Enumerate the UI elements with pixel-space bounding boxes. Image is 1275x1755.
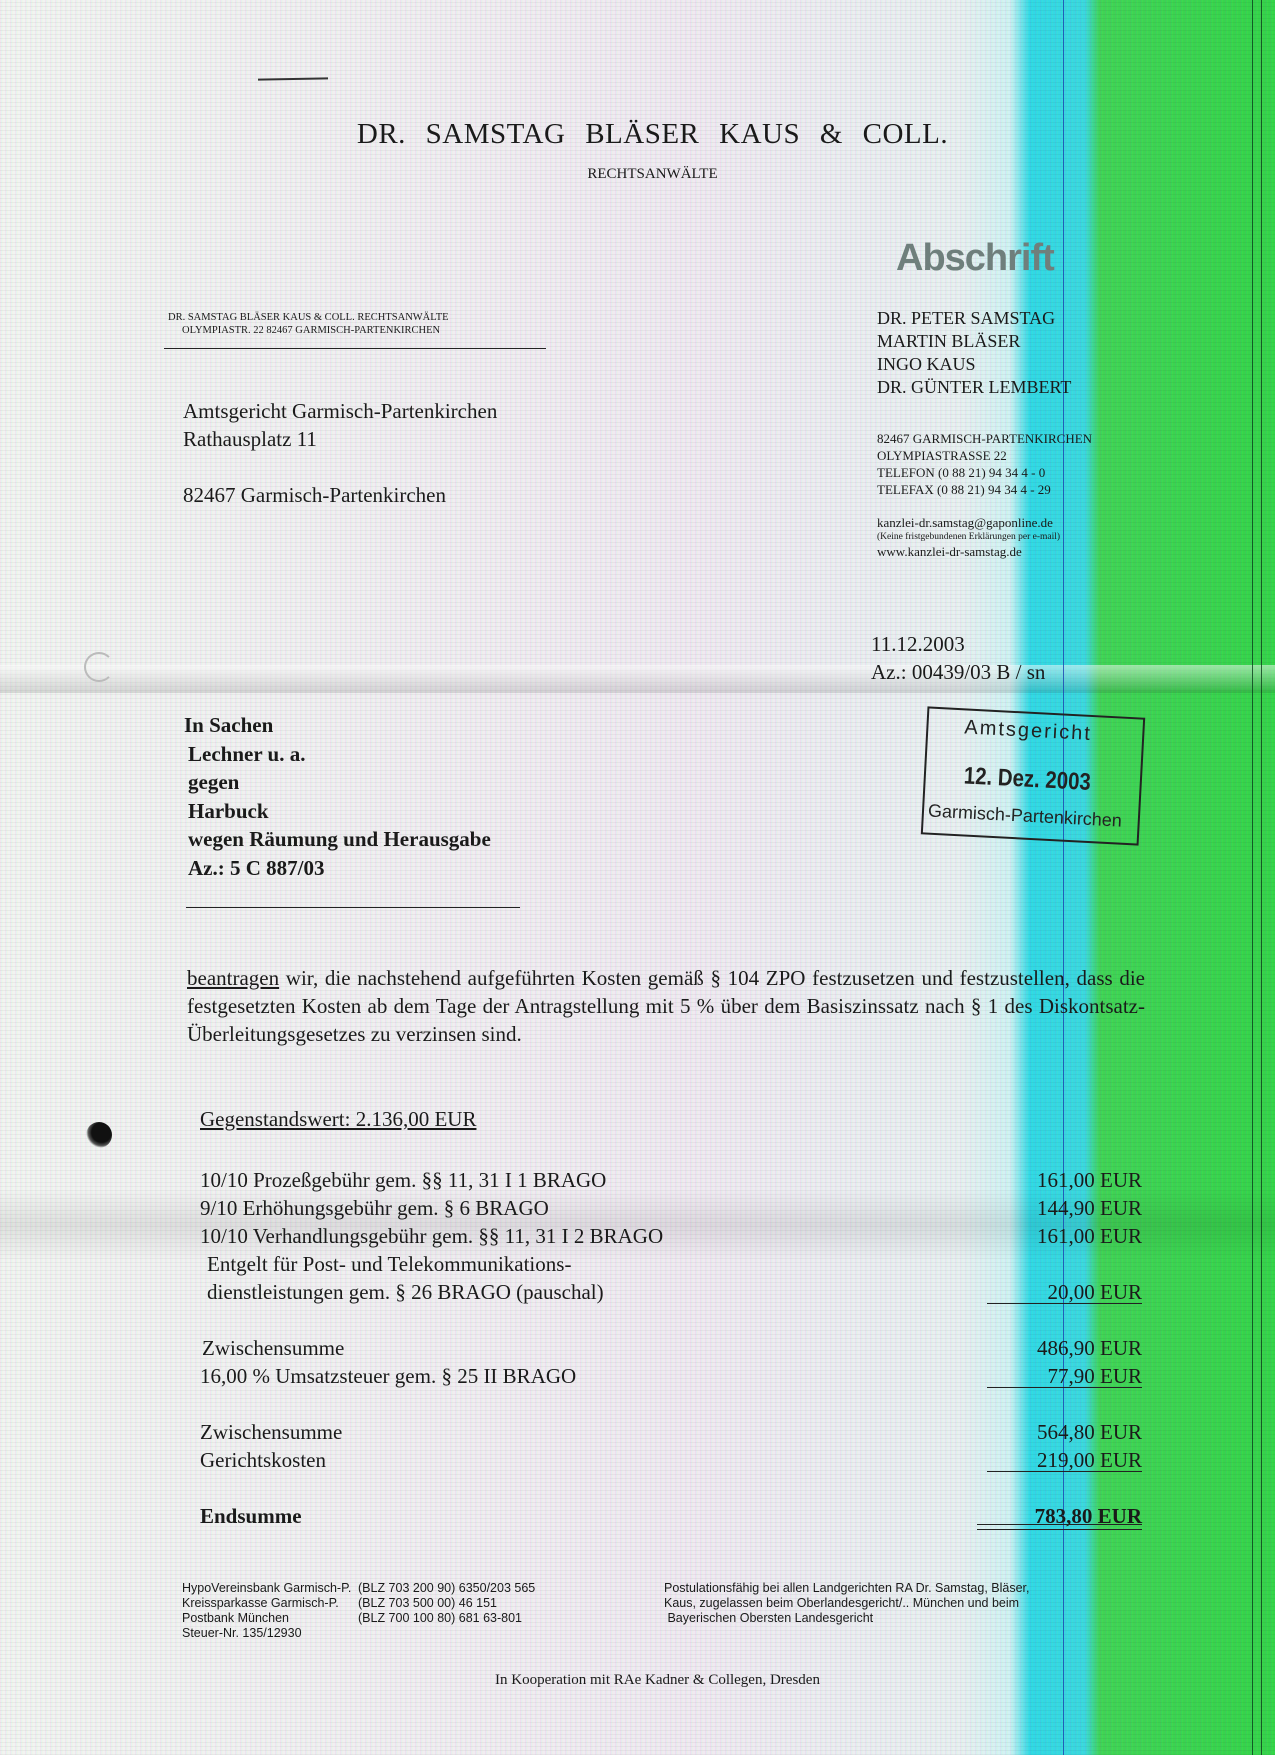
- bank-details: HypoVereinsbank Garmisch-P.(BLZ 703 200 …: [182, 1581, 535, 1641]
- cost-item-label: 9/10 Erhöhungsgebühr gem. § 6 BRAGO: [200, 1194, 663, 1222]
- email-note: (Keine fristgebundenen Erklärungen per e…: [877, 531, 1092, 543]
- scan-line-artifact: [1252, 0, 1253, 1755]
- case-subject: wegen Räumung und Herausgabe: [184, 825, 491, 854]
- fax: TELEFAX (0 88 21) 94 34 4 - 29: [877, 481, 1092, 498]
- cost-amounts: 161,00 EUR 144,90 EUR 161,00 EUR 20,00 E…: [1035, 1166, 1142, 1530]
- vat-amount: 77,90 EUR: [1035, 1362, 1142, 1390]
- tax-id: Steuer-Nr. 135/12930: [182, 1626, 535, 1641]
- our-reference: Az.: 00439/03 B / sn: [871, 658, 1045, 686]
- divider: [186, 907, 520, 908]
- partner: MARTIN BLÄSER: [877, 330, 1071, 353]
- stamp-date: 12. Dez. 2003: [963, 762, 1091, 797]
- sender-line: DR. SAMSTAG BLÄSER KAUS & COLL. RECHTSAN…: [168, 311, 449, 337]
- request-paragraph: beantragen wir, die nachstehend aufgefüh…: [187, 964, 1145, 1048]
- vat-label: 16,00 % Umsatzsteuer gem. § 25 II BRAGO: [200, 1362, 663, 1390]
- subtotal-label: Zwischensumme: [200, 1334, 663, 1362]
- subtotal-label: Zwischensumme: [200, 1418, 663, 1446]
- subtotal-amount: 486,90 EUR: [1035, 1334, 1142, 1362]
- date-reference: 11.12.2003 Az.: 00439/03 B / sn: [871, 630, 1045, 686]
- partner: DR. GÜNTER LEMBERT: [877, 376, 1071, 399]
- case-block: In Sachen Lechner u. a. gegen Harbuck we…: [184, 711, 491, 882]
- cost-item-label: 10/10 Verhandlungsgebühr gem. §§ 11, 31 …: [200, 1222, 663, 1250]
- recipient-name: Amtsgericht Garmisch-Partenkirchen: [183, 397, 497, 425]
- recipient-address: Amtsgericht Garmisch-Partenkirchen Ratha…: [183, 397, 497, 509]
- partner: DR. PETER SAMSTAG: [877, 307, 1071, 330]
- handwritten-stroke: [258, 77, 328, 80]
- partner: INGO KAUS: [877, 353, 1071, 376]
- court-receipt-stamp: Amtsgericht 12. Dez. 2003 Garmisch-Parte…: [921, 706, 1145, 845]
- total-label: Endsumme: [200, 1502, 663, 1530]
- court-reference: Az.: 5 C 887/03: [184, 854, 491, 883]
- recipient-city: 82467 Garmisch-Partenkirchen: [183, 481, 497, 509]
- copy-mark: Abschrift: [896, 237, 1054, 280]
- partner-list: DR. PETER SAMSTAG MARTIN BLÄSER INGO KAU…: [877, 307, 1071, 399]
- punch-hole: [84, 652, 114, 682]
- divider: [164, 348, 546, 349]
- cost-labels: 10/10 Prozeßgebühr gem. §§ 11, 31 I 1 BR…: [200, 1166, 663, 1530]
- cooperation-note: In Kooperation mit RAe Kadner & Collegen…: [0, 1672, 1275, 1689]
- court-fees-label: Gerichtskosten: [200, 1446, 663, 1474]
- admission-note: Postulationsfähig bei allen Landgerichte…: [664, 1581, 1030, 1626]
- cost-item-label: 10/10 Prozeßgebühr gem. §§ 11, 31 I 1 BR…: [200, 1166, 663, 1194]
- website: www.kanzlei-dr-samstag.de: [877, 543, 1092, 560]
- firm-subtitle: RECHTSANWÄLTE: [0, 166, 1275, 183]
- scan-fold-shadow: [0, 665, 1275, 693]
- letter-date: 11.12.2003: [871, 630, 1045, 658]
- firm-name: DR. SAMSTAG BLÄSER KAUS & COLL.: [0, 118, 1275, 151]
- scan-line-artifact: [1261, 0, 1262, 1755]
- phone: TELEFON (0 88 21) 94 34 4 - 0: [877, 464, 1092, 481]
- plaintiff: Lechner u. a.: [184, 740, 491, 769]
- defendant: Harbuck: [184, 797, 491, 826]
- cost-item-amount: 20,00 EUR: [1035, 1278, 1142, 1306]
- cost-item-amount: 161,00 EUR: [1035, 1166, 1142, 1194]
- cost-item-amount: 144,90 EUR: [1035, 1194, 1142, 1222]
- total-amount: 783,80 EUR: [1035, 1502, 1142, 1530]
- recipient-street: Rathausplatz 11: [183, 425, 497, 453]
- punch-hole: [86, 1122, 112, 1148]
- subtotal-amount: 564,80 EUR: [1035, 1418, 1142, 1446]
- subject-value: Gegenstandswert: 2.136,00 EUR: [200, 1107, 476, 1132]
- email: kanzlei-dr.samstag@gaponline.de: [877, 514, 1092, 531]
- contact-block: 82467 GARMISCH-PARTENKIRCHEN OLYMPIASTRA…: [877, 430, 1092, 560]
- cost-item-amount: 161,00 EUR: [1035, 1222, 1142, 1250]
- cost-item-label: Entgelt für Post- und Telekommunikations…: [200, 1250, 663, 1278]
- court-fees-amount: 219,00 EUR: [1035, 1446, 1142, 1474]
